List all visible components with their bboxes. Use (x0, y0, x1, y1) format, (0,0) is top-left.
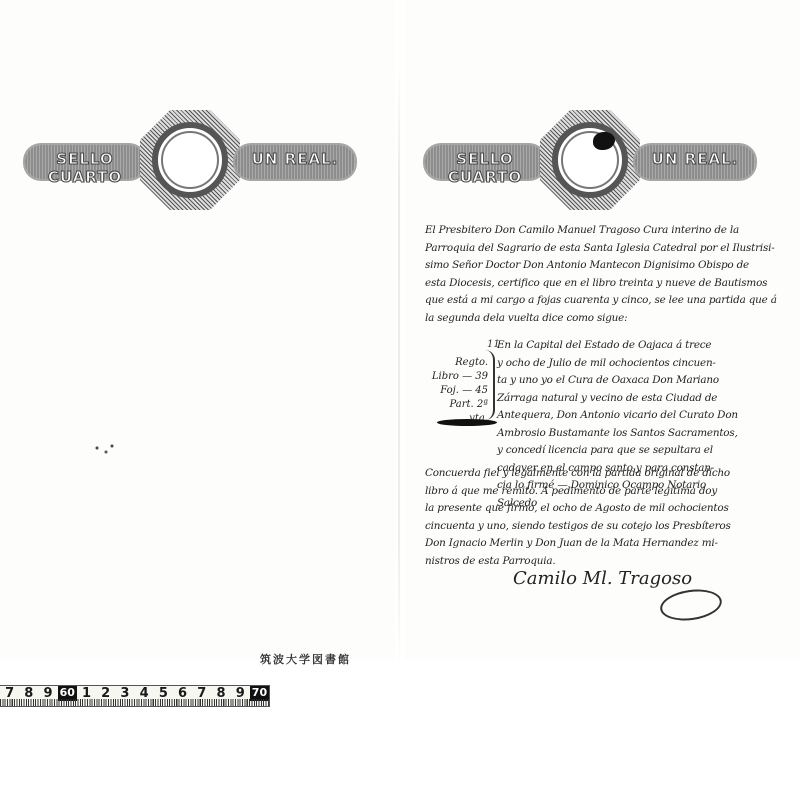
page-fold (398, 60, 400, 670)
stamp-left: SELLO CUARTO UN REAL. (25, 110, 355, 210)
left-page (0, 0, 395, 660)
text-line: y ocho de Julio de mil ochocientos cincu… (497, 355, 787, 373)
text-line: Don Ignacio Merlin y Don Juan de la Mata… (425, 535, 795, 553)
signature: Camilo Ml. Tragoso (513, 568, 692, 589)
stamp-label-sello: SELLO CUARTO (25, 150, 145, 186)
stamp-label-sello: SELLO CUARTO (425, 150, 545, 186)
stamp-band-right: UN REAL. (635, 145, 755, 179)
stamp-label-real: UN REAL. (235, 150, 355, 168)
text-line: esta Diocesis, certifico que en el libro… (425, 275, 795, 293)
text-line: Parroquia del Sagrario de esta Santa Igl… (425, 240, 795, 258)
ink-swash-icon (437, 419, 497, 426)
text-line: simo Señor Doctor Don Antonio Mantecon D… (425, 257, 795, 275)
stamp-label-real: UN REAL. (635, 150, 755, 168)
text-line: Zárraga natural y vecino de esta Ciudad … (497, 390, 787, 408)
text-line: que está a mi cargo a fojas cuarenta y c… (425, 292, 795, 310)
text-line: libro á que me remito. A pedimento de pa… (425, 483, 795, 501)
stamp-band-right: UN REAL. (235, 145, 355, 179)
margin-line: Regto. (430, 356, 488, 370)
margin-line: Libro — 39 (430, 370, 488, 384)
text-line: Concuerda fiel y legalmente con la parti… (425, 465, 795, 483)
library-stamp: 筑波大学図書館 (260, 651, 351, 667)
text-line: y concedí licencia para que se sepultara… (497, 442, 787, 460)
stamp-right: SELLO CUARTO UN REAL. (425, 110, 755, 210)
seal-medallion-icon (535, 110, 645, 210)
ruler-ticks (0, 699, 269, 706)
text-line: En la Capital del Estado de Oajaca á tre… (497, 337, 787, 355)
measuring-ruler: 7 8 9 60 1 2 3 4 5 6 7 8 9 70 (0, 685, 270, 707)
margin-note: Regto. Libro — 39 Foj. — 45 Part. 2ª vta… (430, 356, 488, 426)
stamp-band-left: SELLO CUARTO (25, 145, 145, 179)
text-line: cincuenta y uno, siendo testigos de su c… (425, 518, 795, 536)
text-line: ta y uno yo el Cura de Oaxaca Don Marian… (497, 372, 787, 390)
seal-medallion-icon (135, 110, 245, 210)
margin-line: Foj. — 45 (430, 384, 488, 398)
stamp-band-left: SELLO CUARTO (425, 145, 545, 179)
text-line: El Presbitero Don Camilo Manuel Tragoso … (425, 222, 795, 240)
text-line: la presente que firmo, el ocho de Agosto… (425, 500, 795, 518)
certificate-intro: El Presbitero Don Camilo Manuel Tragoso … (425, 222, 795, 327)
text-line: Ambrosio Bustamante los Santos Sacrament… (497, 425, 787, 443)
ink-specks (88, 440, 118, 460)
text-line: la segunda dela vuelta dice como sigue: (425, 310, 795, 328)
text-line: Antequera, Don Antonio vicario del Curat… (497, 407, 787, 425)
brace-icon (485, 350, 495, 420)
concordance-text: Concuerda fiel y legalmente con la parti… (425, 465, 795, 570)
